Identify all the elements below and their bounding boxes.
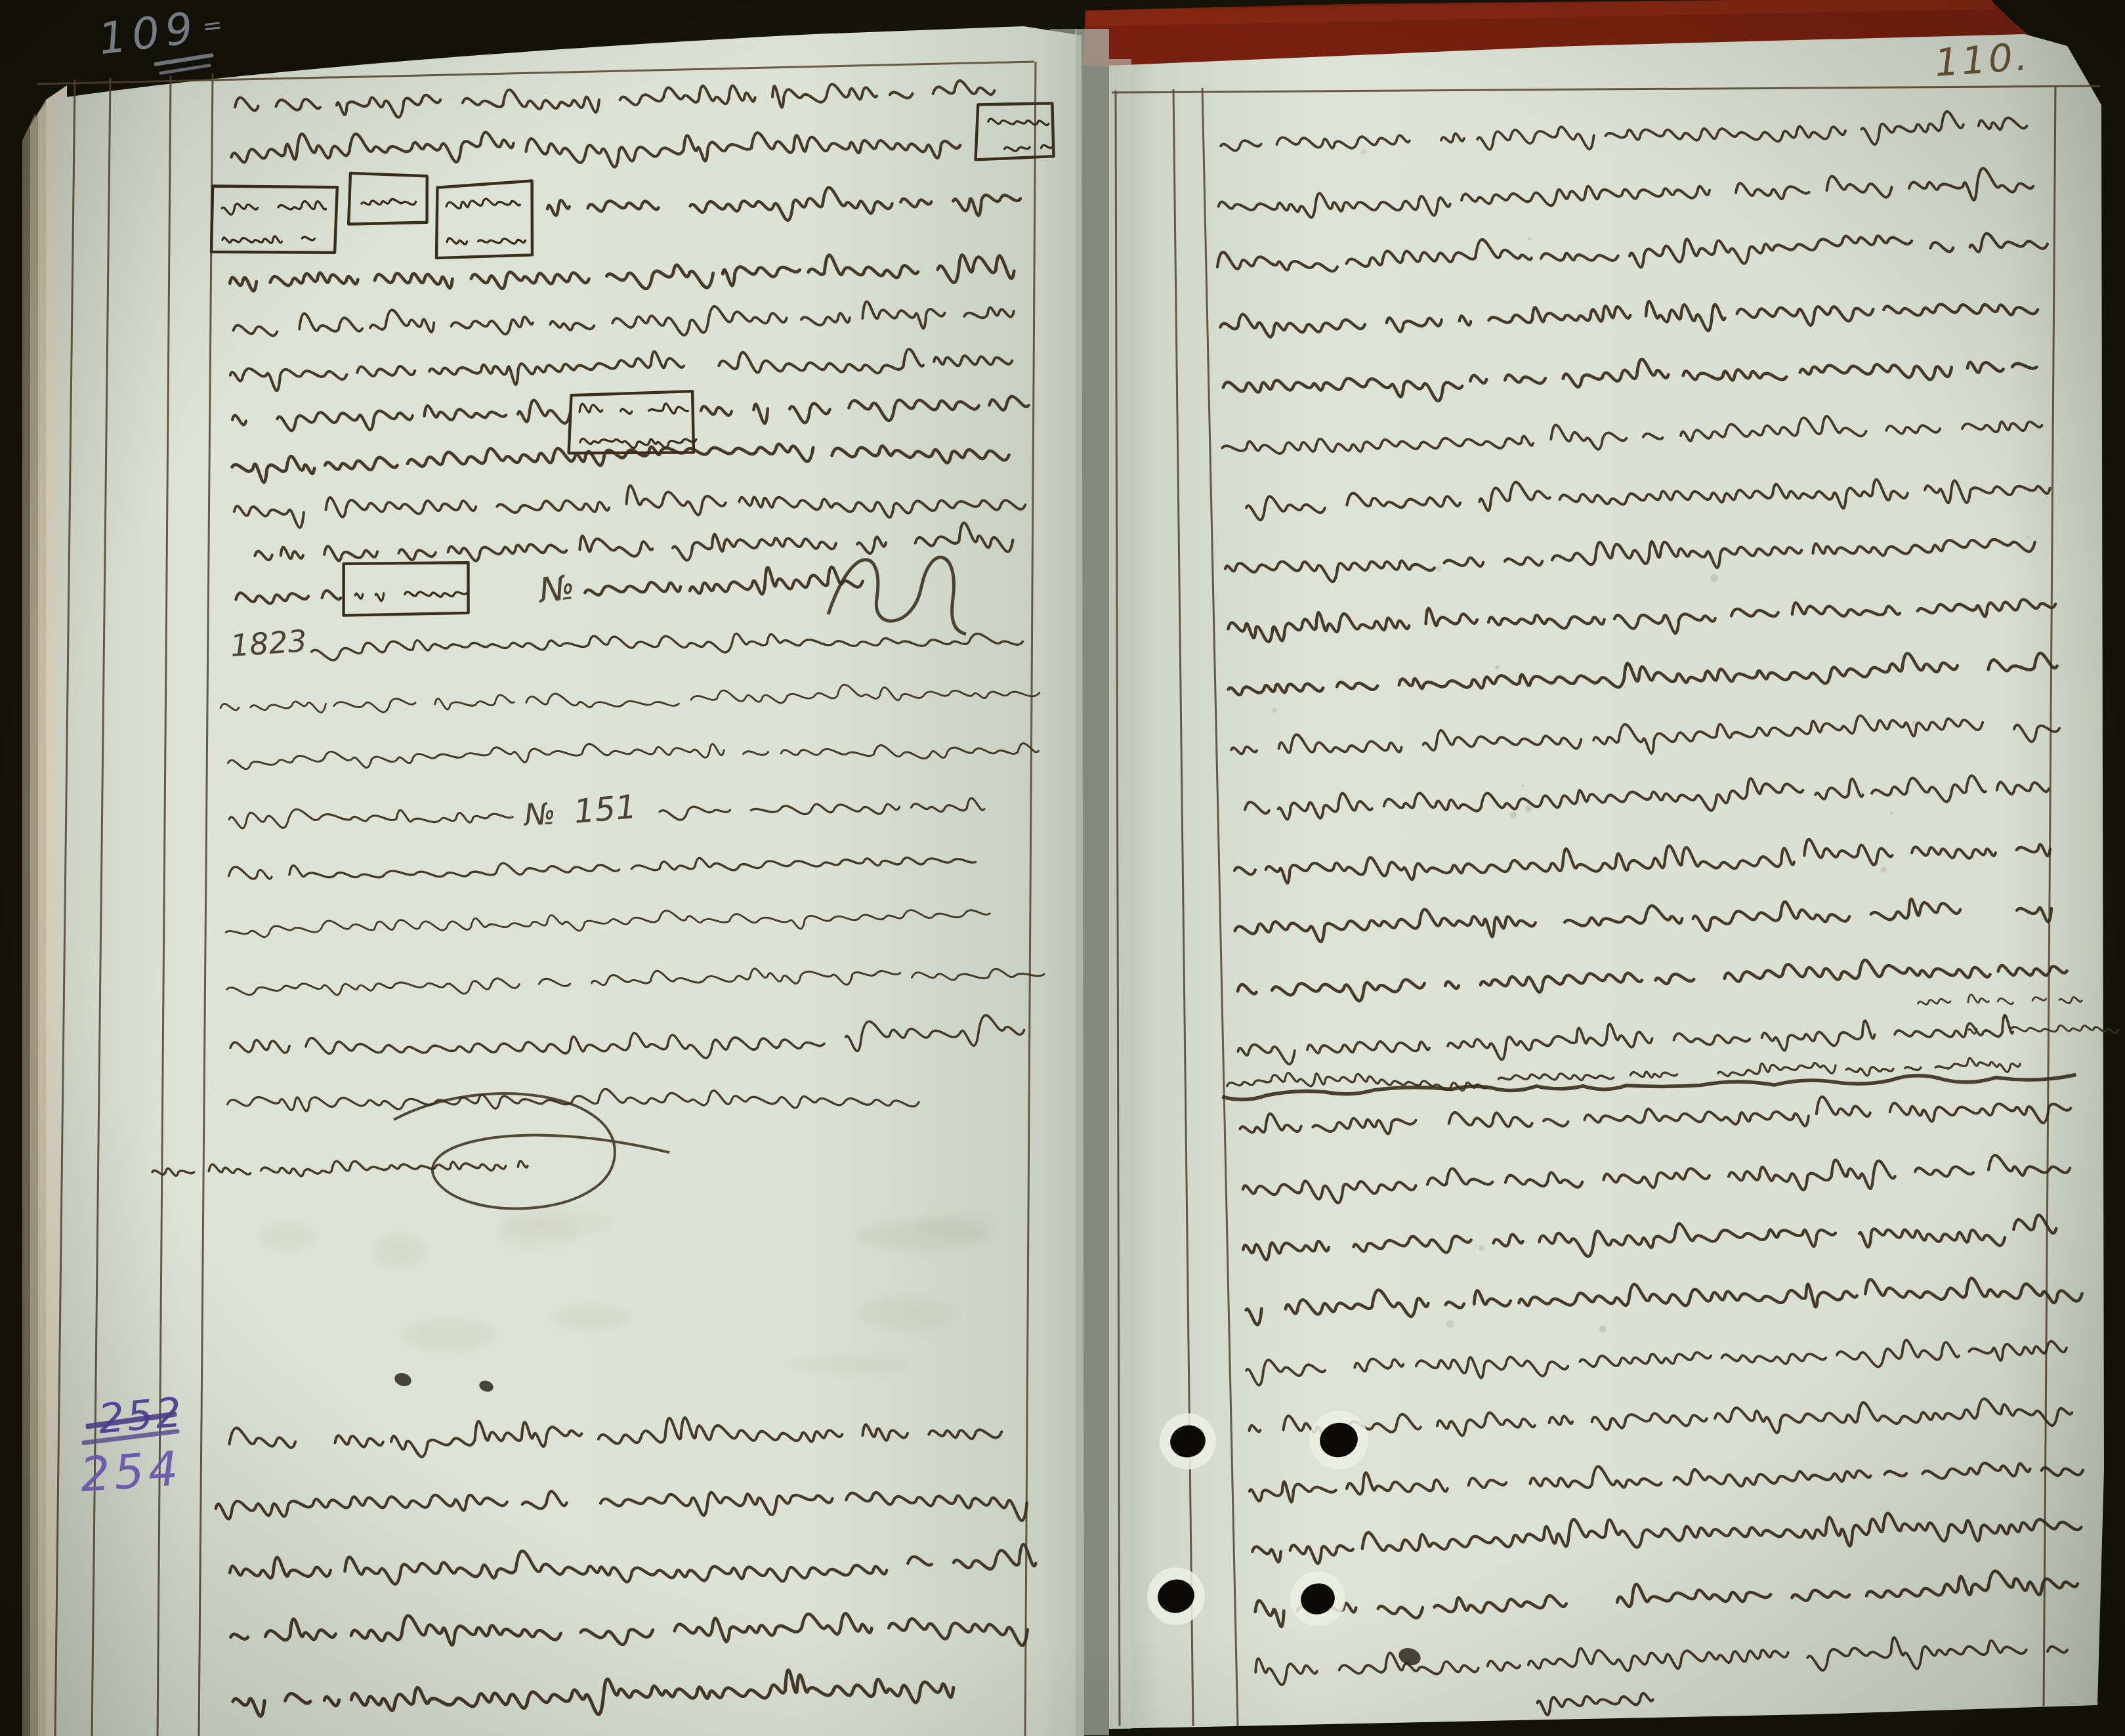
ink-token-reference_number: 151 bbox=[572, 788, 638, 831]
book-spread-canvas: 1823№151№ bbox=[0, 0, 2125, 1736]
ink-token-year: 1823 bbox=[229, 623, 308, 664]
folio-left-mark: = bbox=[201, 10, 224, 40]
ink-token-numero_sign: № bbox=[521, 795, 557, 833]
manuscript-scan: 1823№151№ 109= 110. 252 254 bbox=[0, 0, 2125, 1736]
folio-number-ink: 110. bbox=[1933, 37, 2031, 82]
margin-number-current: 254 bbox=[79, 1445, 184, 1499]
ink-token-numero_sign: № bbox=[535, 568, 577, 612]
